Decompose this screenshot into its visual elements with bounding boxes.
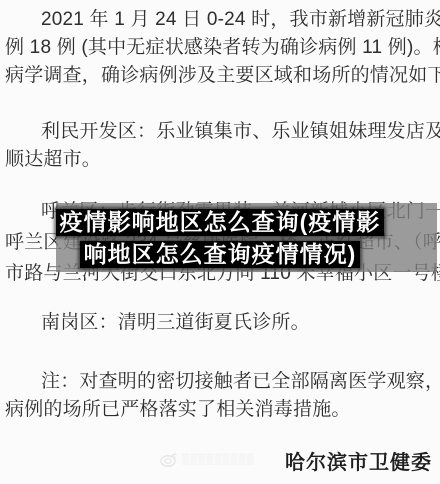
caption-title-line: 疫情影响地区怎么查询(疫情影	[0, 209, 440, 241]
notice-screenshot: 2021 年 1 月 24 日 0-24 时，我市新增新冠肺炎确诊病 例 18 …	[0, 0, 440, 484]
paragraph-line: 病学调查，确诊病例涉及主要区域和场所的情况如下：	[5, 62, 435, 90]
paragraph-line: 利民开发区：乐业镇集市、乐业镇姐妹理发店及对面超市、	[5, 118, 435, 146]
paragraph-summary: 2021 年 1 月 24 日 0-24 时，我市新增新冠肺炎确诊病 例 18 …	[5, 6, 435, 90]
caption-title-text: 响地区怎么查询疫情情况)	[80, 241, 361, 268]
paragraph-limin-district: 利民开发区：乐业镇集市、乐业镇姐妹理发店及对面超市、 顺达超市。	[5, 118, 435, 174]
paragraph-line: 南岗区：清明三道街夏氏诊所。	[5, 309, 435, 337]
paragraph-note: 注：对查明的密切接触者已全部隔离医学观察，对有确诊 病例的场所已严格落实了相关消…	[5, 368, 435, 424]
weibo-watermark: ▒▒▒▒▒▒▒▒▒	[160, 452, 255, 467]
caption-title-text: 疫情影响地区怎么查询(疫情影	[56, 209, 385, 236]
paragraph-line: 2021 年 1 月 24 日 0-24 时，我市新增新冠肺炎确诊病	[5, 6, 435, 34]
caption-title: 疫情影响地区怎么查询(疫情影 响地区怎么查询疫情情况)	[0, 209, 440, 273]
paragraph-line: 病例的场所已严格落实了相关消毒措施。	[5, 396, 435, 424]
paragraph-nangang-district: 南岗区：清明三道街夏氏诊所。	[5, 309, 435, 337]
paragraph-line: 顺达超市。	[5, 146, 435, 174]
paragraph-line: 例 18 例 (其中无症状感染者转为确诊病例 11 例)。根据流行	[5, 34, 435, 62]
footer-row: ▒▒▒▒▒▒▒▒▒ 哈尔滨市卫健委	[0, 444, 434, 474]
paragraph-line: 注：对查明的密切接触者已全部隔离医学观察，对有确诊	[5, 368, 435, 396]
issuer-signature: 哈尔滨市卫健委	[285, 446, 432, 475]
caption-title-line: 响地区怎么查询疫情情况)	[0, 241, 440, 273]
watermark-text: ▒▒▒▒▒▒▒▒▒	[182, 454, 255, 465]
weibo-icon	[160, 452, 178, 467]
